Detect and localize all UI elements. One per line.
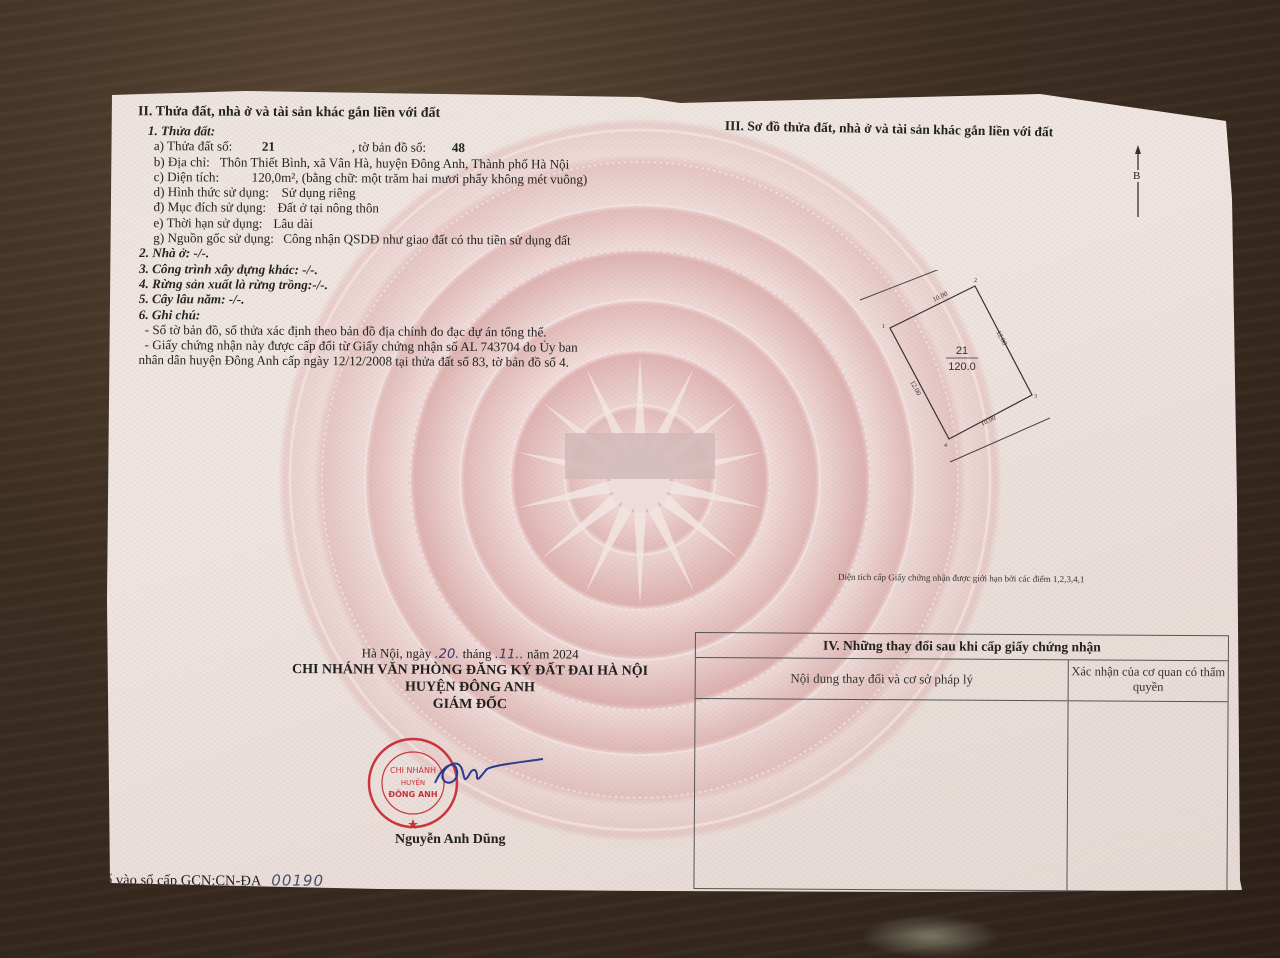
issue-month: .11.. (495, 647, 524, 662)
registration-label: Số vào sổ cấp GCN:CN-ĐA (97, 872, 261, 889)
svg-text:3: 3 (1034, 394, 1037, 400)
redacted-area (95, 889, 165, 919)
svg-text:120.0: 120.0 (948, 361, 976, 373)
issue-day: .20. (435, 647, 460, 662)
section-2-title: II. Thửa đất, nhà ở và tài sản khác gắn … (138, 104, 440, 121)
month-label: tháng (463, 646, 492, 661)
issuing-district: HUYỆN ĐÔNG ANH (270, 678, 670, 697)
svg-text:12.00: 12.00 (908, 379, 923, 397)
house-item: 2. Nhà ở: -/-. (139, 245, 209, 261)
parcel-diagram: 10.00 12.00 10.00 12.00 1 2 3 4 21 120.0 (860, 270, 1050, 470)
land-certificate-page: II. Thửa đất, nhà ở và tài sản khác gắn … (0, 0, 1280, 958)
column-authority-confirmation: Xác nhận của cơ quan có thẩm quyền (1069, 660, 1228, 701)
svg-text:2: 2 (974, 278, 977, 284)
svg-text:10.00: 10.00 (979, 413, 997, 427)
forest-item: 4. Rừng sản xuất là rừng trồng:-/-. (139, 276, 328, 292)
changes-table: IV. Những thay đổi sau khi cấp giấy chứn… (693, 632, 1229, 892)
column-change-content: Nội dung thay đổi và cơ sở pháp lý (696, 658, 1069, 700)
svg-text:12.00: 12.00 (994, 329, 1009, 347)
svg-text:21: 21 (956, 345, 968, 357)
parcel-heading: 1. Thửa đất: (148, 123, 215, 139)
changes-cell (694, 699, 1068, 890)
notes-heading: 6. Ghi chú: (139, 307, 201, 323)
date-prefix: Hà Nội, ngày (362, 645, 432, 660)
svg-text:10.00: 10.00 (931, 289, 949, 303)
map-sheet-number: 48 (452, 140, 465, 155)
section-3-title: III. Sơ đồ thửa đất, nhà ở và tài sản kh… (725, 118, 1054, 139)
diagram-note: Diện tích cấp Giấy chứng nhận được giới … (838, 570, 1085, 588)
redacted-area (565, 433, 715, 479)
registration-number: Số vào sổ cấp GCN:CN-ĐA00190 (97, 872, 324, 890)
signature-scribble (425, 745, 545, 795)
north-label: B (1133, 169, 1140, 184)
section-4-title: IV. Những thay đổi sau khi cấp giấy chứn… (696, 633, 1228, 661)
note-line: nhân dân huyện Đông Anh cấp ngày 12/12/2… (139, 352, 570, 370)
issuing-office: CHI NHÁNH VĂN PHÒNG ĐĂNG KÝ ĐẤT ĐAI HÀ N… (270, 661, 670, 680)
registration-value: 00190 (271, 871, 324, 889)
map-sheet-label: , tờ bản đồ số: (352, 140, 452, 156)
address-label: b) Địa chỉ: (154, 154, 220, 170)
north-arrow-icon: B (1131, 145, 1145, 221)
origin-value: Công nhận QSDĐ như giao đất có thu tiền … (283, 231, 570, 248)
term-label: e) Thời hạn sử dụng: (153, 215, 273, 231)
purpose-label: đ) Mục đích sử dụng: (153, 200, 277, 216)
signature-block: Hà Nội, ngày .20. tháng .11.. năm 2024 C… (270, 645, 670, 714)
parcel-number-label: a) Thửa đất số: (154, 138, 262, 154)
use-form-label: d) Hình thức sử dụng: (154, 184, 282, 200)
signer-name: Nguyễn Anh Dũng (395, 832, 506, 847)
svg-text:4: 4 (944, 443, 947, 449)
use-form-value: Sử dụng riêng (282, 185, 356, 201)
confirmation-cell (1067, 701, 1227, 891)
origin-label: g) Nguồn gốc sử dụng: (153, 230, 283, 246)
section-2-details: 1. Thửa đất: a) Thửa đất số: 21 , tờ bản… (139, 123, 588, 370)
svg-text:HUYỆN: HUYỆN (401, 778, 425, 787)
term-value: Lâu dài (273, 216, 313, 232)
perennial-item: 5. Cây lâu năm: -/-. (139, 291, 245, 307)
light-glare (860, 915, 1000, 958)
area-label: c) Diện tích: (154, 169, 252, 185)
parcel-number: 21 (262, 139, 352, 155)
signer-title: GIÁM ĐỐC (270, 695, 670, 714)
purpose-value: Đất ở tại nông thôn (277, 200, 379, 216)
svg-text:1: 1 (882, 324, 885, 330)
other-works-item: 3. Công trình xây dựng khác: -/-. (139, 261, 318, 277)
issue-year: năm 2024 (527, 646, 579, 661)
